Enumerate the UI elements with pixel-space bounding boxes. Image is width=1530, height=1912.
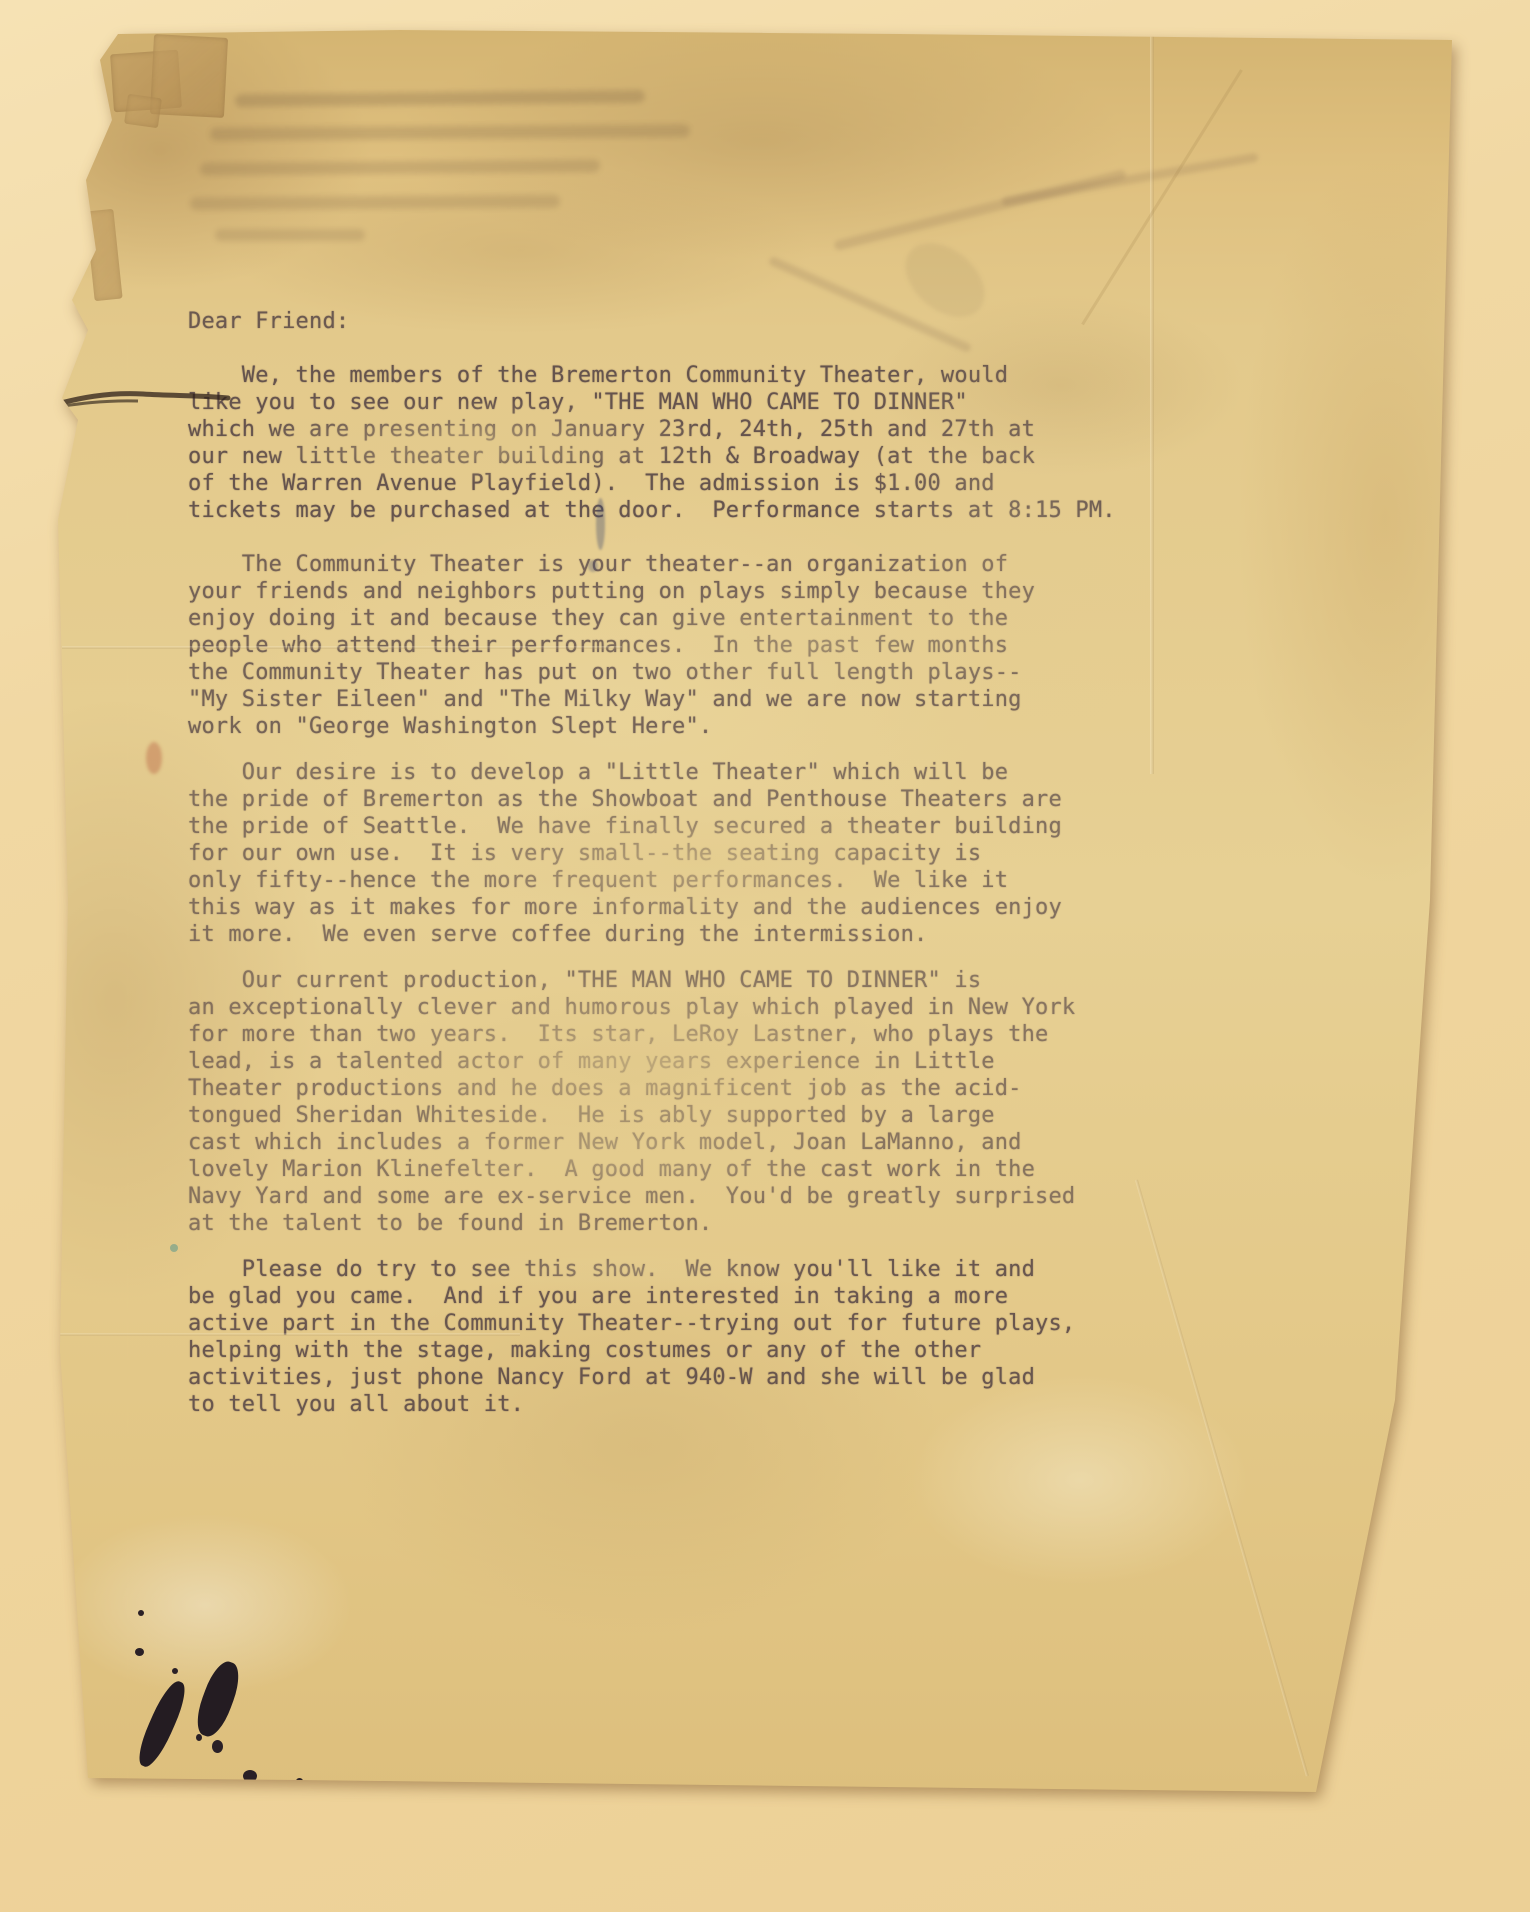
- tape-piece: [85, 209, 122, 301]
- paragraph-5: Please do try to see this show. We know …: [188, 1256, 1075, 1418]
- ink-speckle: [196, 1734, 202, 1741]
- faint-handwriting-impression: [1001, 152, 1259, 206]
- letter-paper-wrapper: Dear Friend: We, the members of the Brem…: [0, 0, 1530, 1912]
- letter-paper: Dear Friend: We, the members of the Brem…: [0, 0, 1530, 1912]
- bleedthrough-smudge: [200, 159, 600, 175]
- bleedthrough-smudge: [235, 90, 645, 107]
- paragraph-1: We, the members of the Bremerton Communi…: [188, 362, 1116, 524]
- tape-piece: [150, 34, 228, 118]
- vertical-crease: [1150, 34, 1154, 774]
- blue-ink-dot: [588, 560, 598, 572]
- paragraph-3: Our desire is to develop a "Little Theat…: [188, 759, 1062, 948]
- ink-speckle: [296, 1778, 303, 1784]
- diagonal-fold: [1135, 1180, 1309, 1777]
- bleedthrough-smudge: [215, 229, 365, 241]
- teal-speck: [170, 1244, 178, 1252]
- ink-speckle: [135, 1648, 144, 1656]
- photo-of-typewritten-letter: { "document": { "kind": "typewritten let…: [0, 0, 1530, 1912]
- ink-blotch: [132, 1677, 191, 1771]
- ink-speckle: [243, 1770, 257, 1782]
- red-stain: [146, 742, 162, 774]
- paragraph-4: Our current production, "THE MAN WHO CAM…: [188, 967, 1075, 1237]
- blue-ink-smudge: [596, 498, 605, 550]
- greeting: Dear Friend:: [188, 308, 349, 335]
- ink-blotch: [191, 1657, 246, 1741]
- tape-piece: [124, 94, 162, 128]
- ink-speckle: [212, 1740, 223, 1753]
- paragraph-2: The Community Theater is your theater--a…: [188, 551, 1035, 740]
- ink-speckle: [172, 1668, 178, 1674]
- diagonal-crease: [1081, 69, 1243, 325]
- bleedthrough-smudge: [190, 195, 560, 211]
- fading-overlay: [0, 0, 1530, 1912]
- tear-mark: [48, 382, 248, 422]
- faint-handwriting-impression: [833, 169, 1127, 251]
- bleedthrough-smudge: [210, 124, 690, 140]
- ink-speckle: [138, 1610, 144, 1616]
